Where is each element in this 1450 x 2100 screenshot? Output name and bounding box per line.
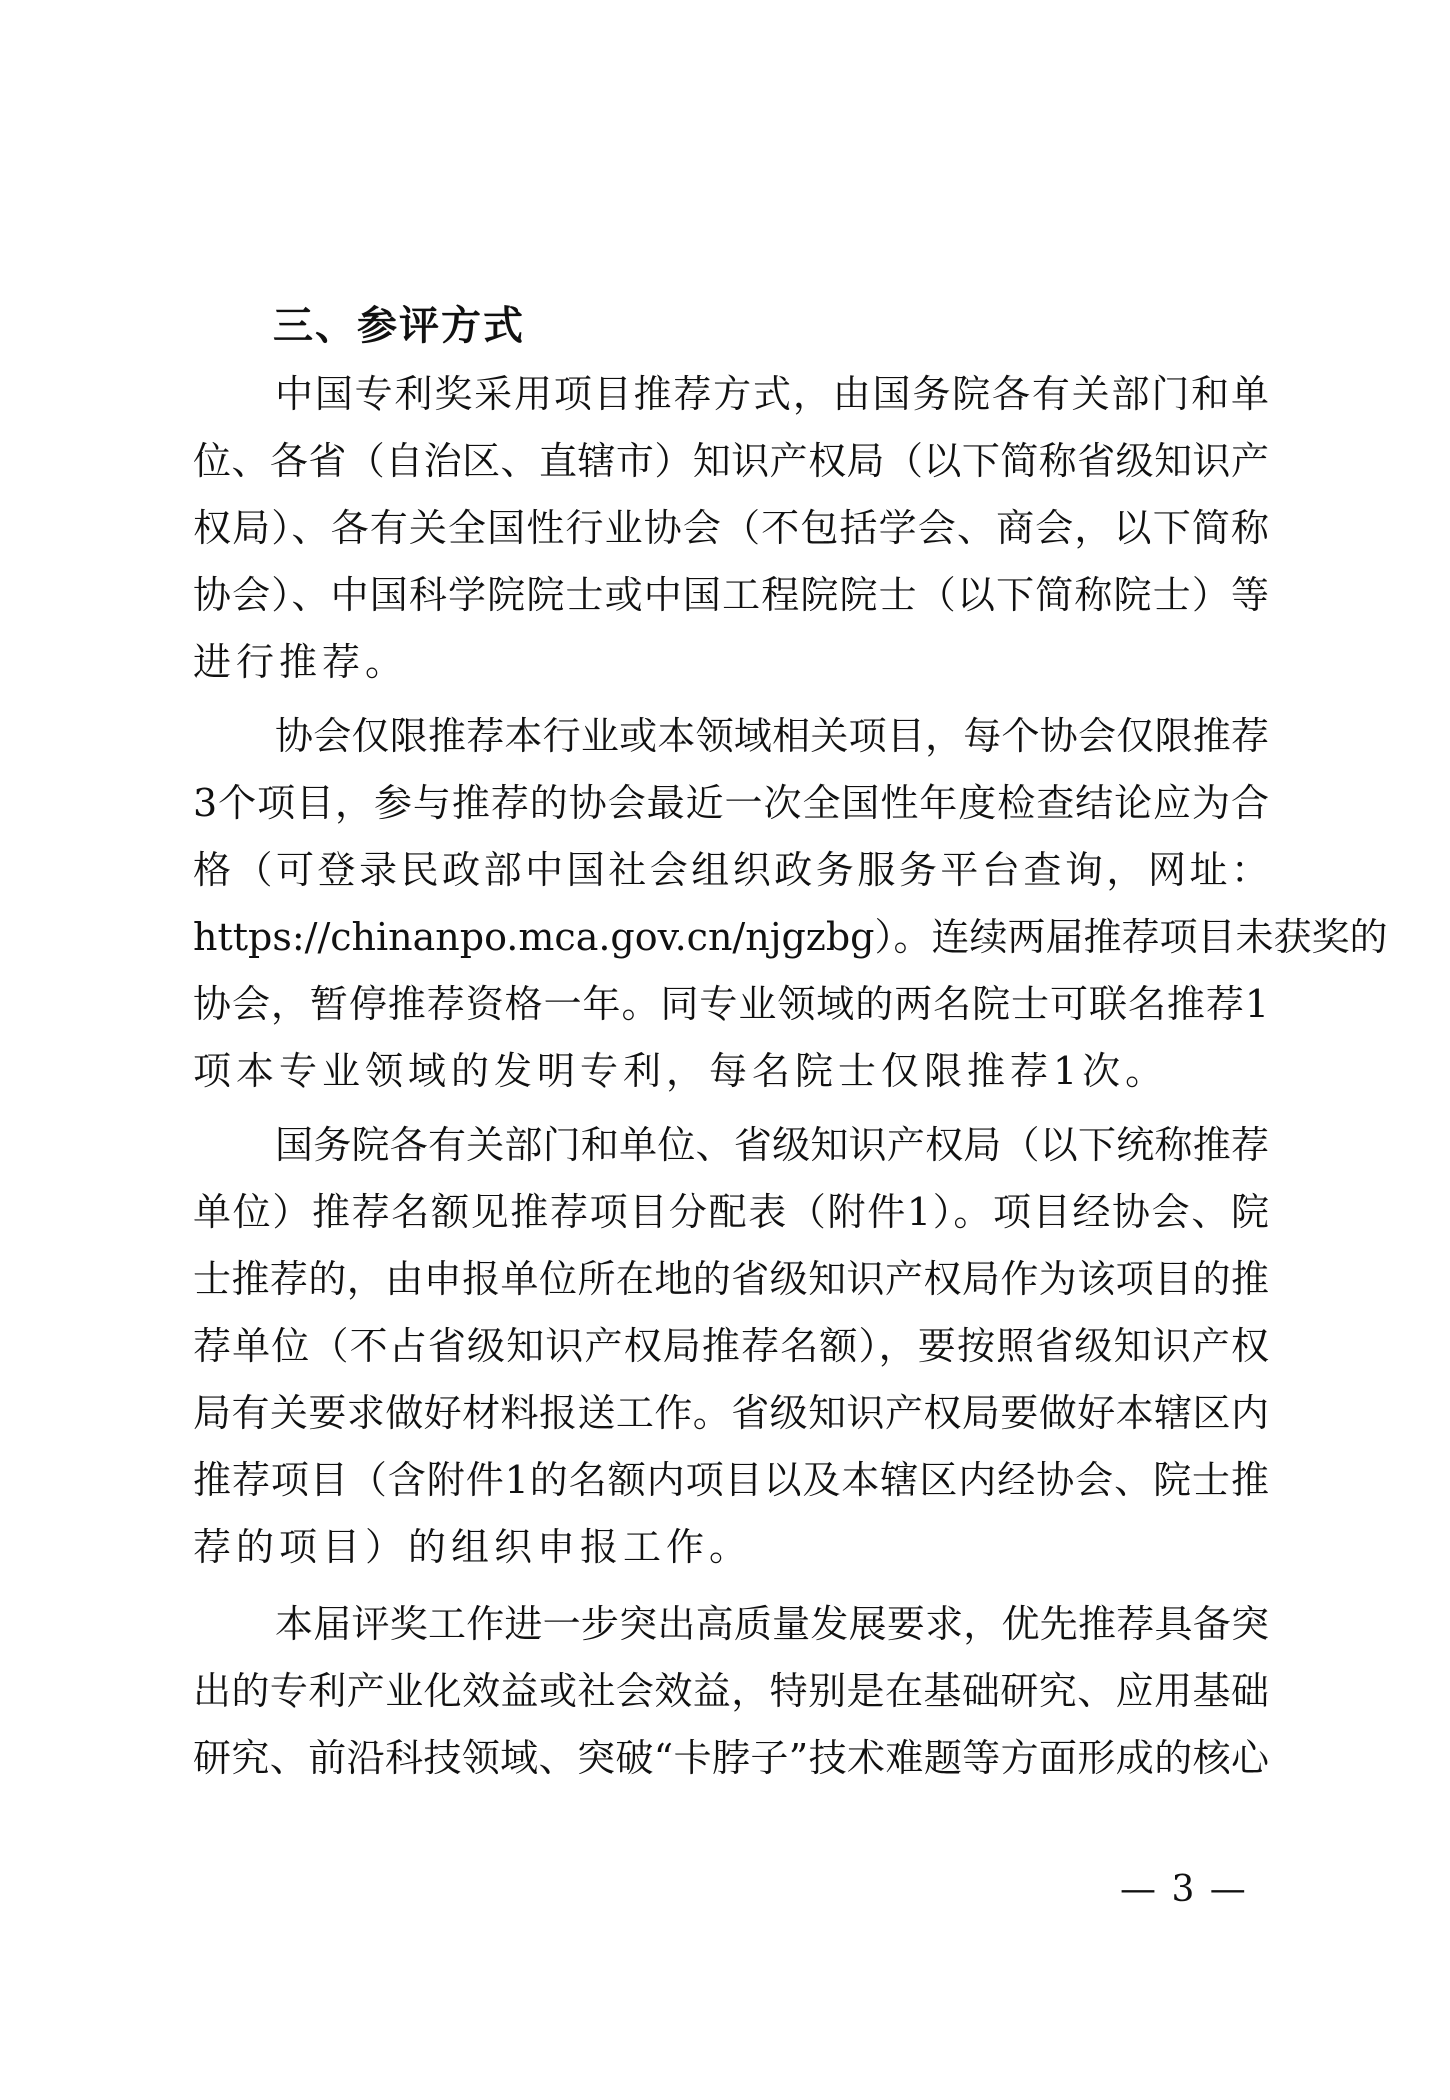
paragraph-2-line-5: 协会，暂停推荐资格一年。同专业领域的两名院士可联名推荐1 xyxy=(193,980,1269,1028)
paragraph-2-line-4: https://chinanpo.mca.gov.cn/njgzbg）。连续两届… xyxy=(193,913,1269,961)
page-number: — 3 — xyxy=(1120,1868,1248,1912)
paragraph-2-line-2: 3个项目，参与推荐的协会最近一次全国性年度检查结论应为合 xyxy=(193,779,1269,827)
paragraph-3-line-1: 国务院各有关部门和单位、省级知识产权局（以下统称推荐 xyxy=(275,1121,1269,1169)
paragraph-1-line-1: 中国专利奖采用项目推荐方式，由国务院各有关部门和单 xyxy=(275,370,1269,418)
document-page: 三、参评方式 中国专利奖采用项目推荐方式，由国务院各有关部门和单 位、各省（自治… xyxy=(0,0,1450,2100)
paragraph-3-line-4: 荐单位（不占省级知识产权局推荐名额），要按照省级知识产权 xyxy=(193,1322,1269,1370)
paragraph-3-line-2: 单位）推荐名额见推荐项目分配表（附件1）。项目经协会、院 xyxy=(193,1188,1269,1236)
paragraph-3-line-3: 士推荐的，由申报单位所在地的省级知识产权局作为该项目的推 xyxy=(193,1255,1269,1303)
paragraph-4-line-3: 研究、前沿科技领域、突破“卡脖子”技术难题等方面形成的核心 xyxy=(193,1734,1269,1782)
paragraph-3-line-6: 推荐项目（含附件1的名额内项目以及本辖区内经协会、院士推 xyxy=(193,1456,1269,1504)
paragraph-2-line-3: 格（可登录民政部中国社会组织政务服务平台查询，网址： xyxy=(193,846,1269,894)
paragraph-4-line-2: 出的专利产业化效益或社会效益，特别是在基础研究、应用基础 xyxy=(193,1667,1269,1715)
paragraph-1-line-3: 权局）、各有关全国性行业协会（不包括学会、商会，以下简称 xyxy=(193,504,1269,552)
section-heading: 三、参评方式 xyxy=(273,302,525,350)
paragraph-3-line-7: 荐的项目）的组织申报工作。 xyxy=(193,1523,1269,1571)
paragraph-1-line-5: 进行推荐。 xyxy=(193,638,1269,686)
paragraph-2-line-1: 协会仅限推荐本行业或本领域相关项目，每个协会仅限推荐 xyxy=(275,712,1269,760)
paragraph-1-line-2: 位、各省（自治区、直辖市）知识产权局（以下简称省级知识产 xyxy=(193,437,1269,485)
paragraph-4-line-1: 本届评奖工作进一步突出高质量发展要求，优先推荐具备突 xyxy=(275,1600,1269,1648)
paragraph-1-line-4: 协会）、中国科学院院士或中国工程院院士（以下简称院士）等 xyxy=(193,571,1269,619)
paragraph-2-line-6: 项本专业领域的发明专利，每名院士仅限推荐1次。 xyxy=(193,1047,1269,1095)
paragraph-3-line-5: 局有关要求做好材料报送工作。省级知识产权局要做好本辖区内 xyxy=(193,1389,1269,1437)
